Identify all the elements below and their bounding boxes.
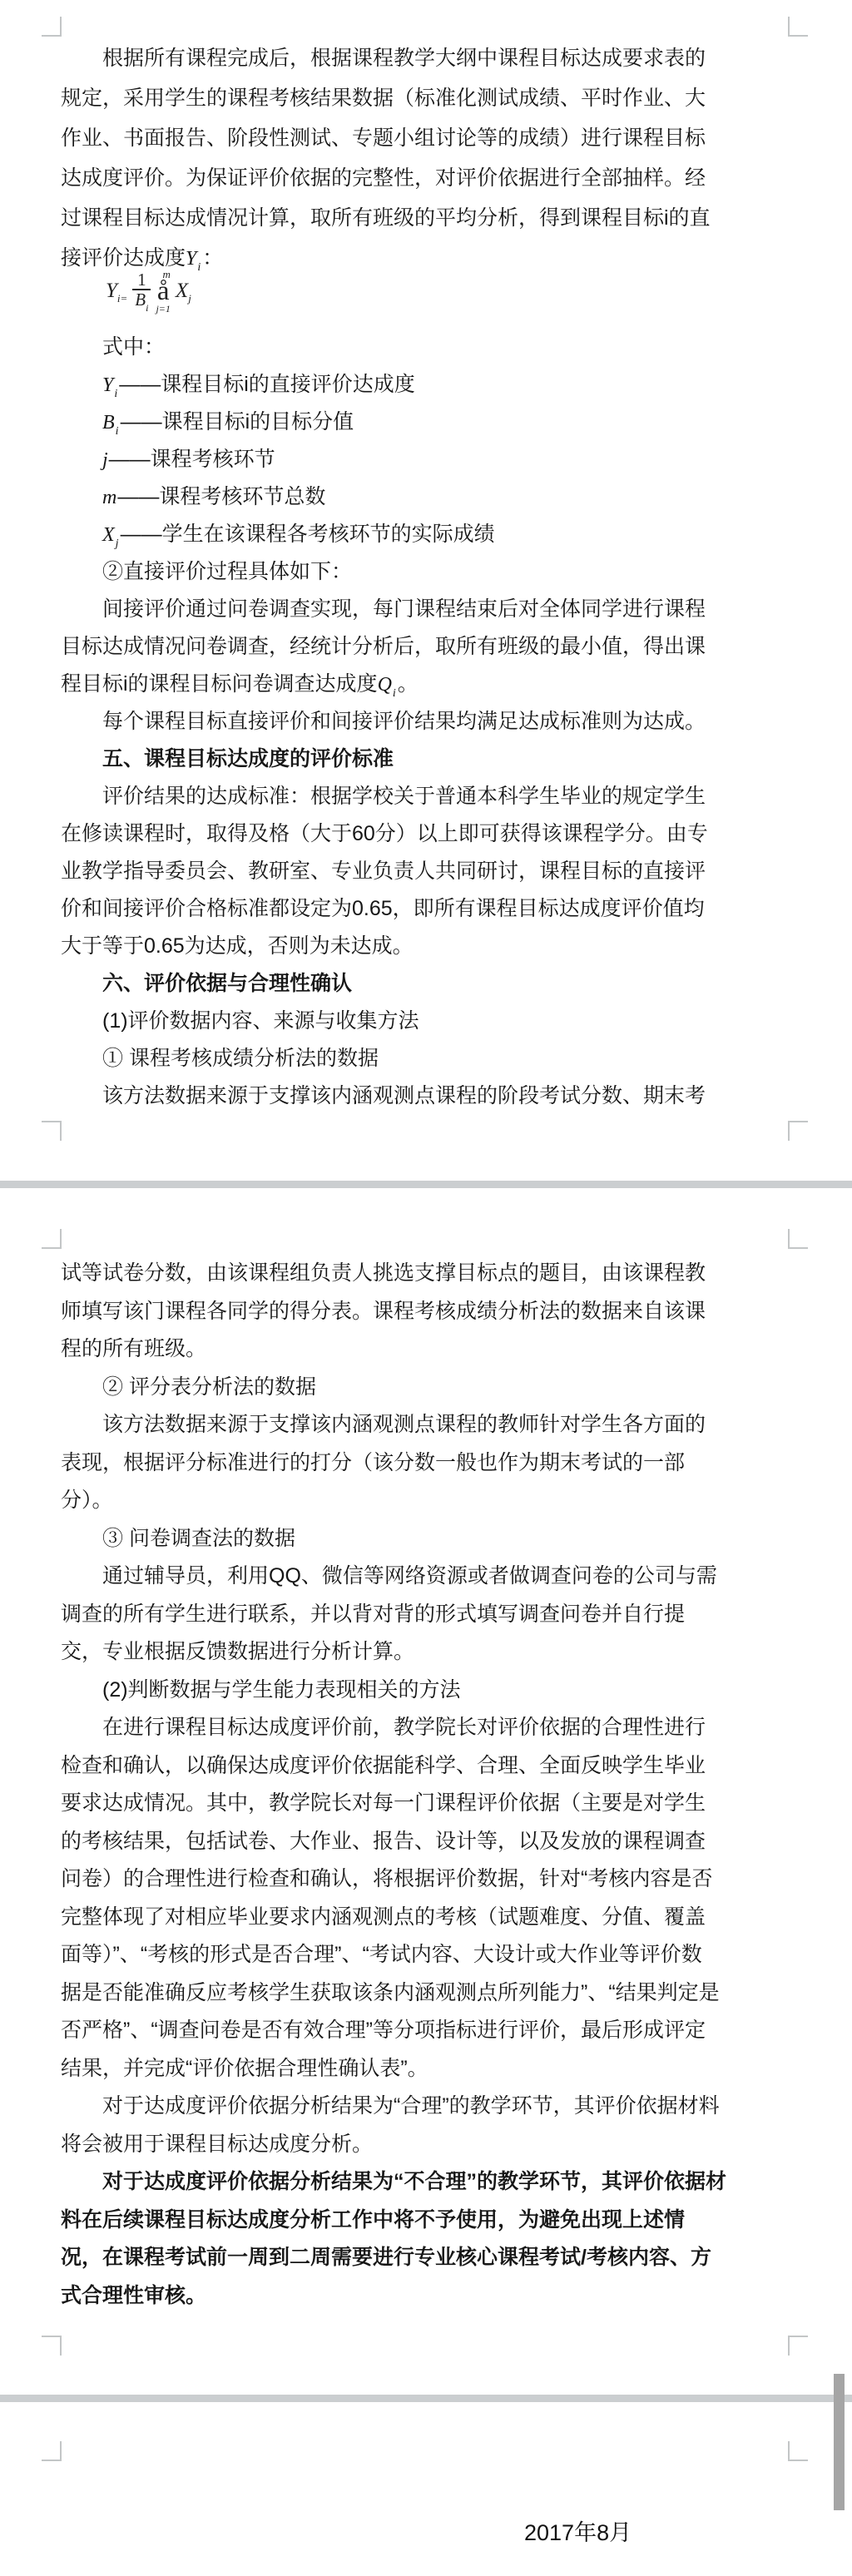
text-line: 调查的所有学生进行联系，并以背对背的形式填写调查问卷并自行提 bbox=[61, 1596, 792, 1634]
page-break-band bbox=[0, 1181, 852, 1188]
page-corner-mark bbox=[788, 1229, 808, 1249]
stack-p2: 试等试卷分数，由该课程组负责人挑选支撑目标点的题目，由该课程教师填写该门课程各同… bbox=[61, 1255, 792, 2315]
text-line: 间接评价通过问卷调查实现，每门课程结束后对全体同学进行课程 bbox=[61, 591, 792, 628]
text-line: ① 课程考核成绩分析法的数据 bbox=[61, 1040, 792, 1077]
text-line: 作业、书面报告、阶段性测试、专题小组讨论等的成绩）进行课程目标 bbox=[61, 118, 792, 158]
text-line: 式合理性审核。 bbox=[61, 2277, 792, 2316]
formula-sum: m å j=1 bbox=[156, 270, 170, 314]
text-line: 料在后续课程目标达成度分析工作中将不予使用，为避免出现上述情 bbox=[61, 2202, 792, 2240]
formula-rhs-subscript: j bbox=[188, 292, 191, 305]
text-line: 分）。 bbox=[61, 1482, 792, 1520]
text-line: 达成度评价。为保证评价依据的完整性，对评价依据进行全部抽样。经 bbox=[61, 158, 792, 198]
footer-date: 2017年8月 bbox=[524, 2514, 632, 2547]
text-line: 通过辅导员，利用QQ、微信等网络资源或者做调查问卷的公司与需 bbox=[61, 1558, 792, 1596]
text-line: 价和间接评价合格标准都设定为0.65，即所有课程目标达成度评价值均 bbox=[61, 890, 792, 928]
text-line: 况，在课程考试前一周到二周需要进行专业核心课程考试/考核内容、方 bbox=[61, 2239, 792, 2277]
text-line: 对于达成度评价依据分析结果为“不合理”的教学环节，其评价依据材 bbox=[61, 2163, 792, 2202]
text-line: 检查和确认，以确保达成度评价依据能科学、合理、全面反映学生毕业 bbox=[61, 1747, 792, 1786]
formula-lhs-subscript: i= bbox=[117, 292, 127, 305]
text-line: 据是否能准确反应考核学生获取该条内涵观测点所列能力”、“结果判定是 bbox=[61, 1974, 792, 2013]
text-line: 式中： bbox=[61, 329, 792, 366]
text-line: 面等）”、“考核的形式是否合理”、“考试内容、大设计或大作业等评价数 bbox=[61, 1936, 792, 1974]
page-corner-mark bbox=[42, 2441, 62, 2461]
text-line: 程的所有班级。 bbox=[61, 1330, 792, 1369]
text-line: m——课程考核环节总数 bbox=[61, 478, 792, 516]
text-line: 目标达成情况问卷调查，经统计分析后，取所有班级的最小值，得出课 bbox=[61, 628, 792, 666]
page-corner-mark bbox=[788, 17, 808, 37]
text-line: ② 评分表分析法的数据 bbox=[61, 1369, 792, 1407]
formula-direct-evaluation: Yi= 1 Bi m å j=1 Xj bbox=[106, 265, 191, 317]
text-line: (2)判断数据与学生能力表现相关的方法 bbox=[61, 1672, 792, 1710]
document-viewport: { "formula": { "lhs": "Y", "lhs_sub": "i… bbox=[0, 0, 852, 2576]
formula-numerator: 1 bbox=[137, 271, 146, 289]
text-line: 该方法数据来源于支撑该内涵观测点课程的阶段考试分数、期末考 bbox=[61, 1077, 792, 1115]
text-line: 结果，并完成“评价依据合理性确认表”。 bbox=[61, 2050, 792, 2088]
text-line: Xj——学生在该课程各考核环节的实际成绩 bbox=[61, 516, 792, 553]
page-corner-mark bbox=[42, 1121, 62, 1141]
text-line: 评价结果的达成标准：根据学校关于普通本科学生毕业的规定学生 bbox=[61, 778, 792, 815]
text-line: (1)评价数据内容、来源与收集方法 bbox=[61, 1003, 792, 1040]
formula-rhs: X bbox=[176, 280, 188, 303]
text-line: 对于达成度评价依据分析结果为“合理”的教学环节，其评价依据材料 bbox=[61, 2088, 792, 2126]
text-line: 程目标i的课程目标问卷调查达成度Qi。 bbox=[61, 666, 792, 703]
page-corner-mark bbox=[42, 1229, 62, 1249]
page-corner-mark bbox=[42, 17, 62, 37]
text-line: j——课程考核环节 bbox=[61, 441, 792, 478]
text-line: 每个课程目标直接评价和间接评价结果均满足达成标准则为达成。 bbox=[61, 703, 792, 741]
scrollbar-thumb[interactable] bbox=[834, 2374, 845, 2510]
text-line: 在修读课程时，取得及格（大于60分）以上即可获得该课程学分。由专 bbox=[61, 815, 792, 853]
text-line: 根据所有课程完成后，根据课程教学大纲中课程目标达成要求表的 bbox=[61, 38, 792, 78]
stack-p1-top: 根据所有课程完成后，根据课程教学大纲中课程目标达成要求表的规定，采用学生的课程考… bbox=[61, 38, 792, 278]
text-line: 表现，根据评分标准进行的打分（该分数一般也作为期末考试的一部 bbox=[61, 1444, 792, 1483]
text-line: ②直接评价过程具体如下： bbox=[61, 553, 792, 591]
text-line: 大于等于0.65为达成，否则为未达成。 bbox=[61, 928, 792, 965]
page-corner-mark bbox=[788, 2336, 808, 2356]
page-3 bbox=[0, 2402, 852, 2576]
formula-fraction: 1 Bi bbox=[132, 271, 151, 312]
formula-sum-lower: j=1 bbox=[156, 304, 170, 314]
text-line: 否严格”、“调查问卷是否有效合理”等分项指标进行评价，最后形成评定 bbox=[61, 2012, 792, 2050]
page-corner-mark bbox=[788, 1121, 808, 1141]
text-line: 完整体现了对相应毕业要求内涵观测点的考核（试题难度、分值、覆盖 bbox=[61, 1899, 792, 1937]
text-line: 业教学指导委员会、教研室、专业负责人共同研讨，课程目标的直接评 bbox=[61, 853, 792, 890]
text-line: 师填写该门课程各同学的得分表。课程考核成绩分析法的数据来自该课 bbox=[61, 1293, 792, 1331]
text-line: 六、评价依据与合理性确认 bbox=[61, 965, 792, 1003]
stack-p1-bottom: 式中：Yi——课程目标i的直接评价达成度Bi——课程目标i的目标分值j——课程考… bbox=[61, 329, 792, 1115]
text-line: 试等试卷分数，由该课程组负责人挑选支撑目标点的题目，由该课程教 bbox=[61, 1255, 792, 1293]
page-break-band bbox=[0, 2395, 852, 2402]
text-line: 将会被用于课程目标达成度分析。 bbox=[61, 2126, 792, 2164]
text-line: 在进行课程目标达成度评价前，教学院长对评价依据的合理性进行 bbox=[61, 1709, 792, 1747]
text-line: 五、课程目标达成度的评价标准 bbox=[61, 741, 792, 778]
formula-lhs: Y bbox=[106, 280, 117, 303]
text-line: 过课程目标达成情况计算，取所有班级的平均分析，得到课程目标i的直 bbox=[61, 198, 792, 238]
text-line: 的考核结果，包括试卷、大作业、报告、设计等，以及发放的课程调查 bbox=[61, 1823, 792, 1861]
page-corner-mark bbox=[788, 2441, 808, 2461]
sum-symbol: å bbox=[157, 279, 170, 304]
text-line: 规定，采用学生的课程考核结果数据（标准化测试成绩、平时作业、大 bbox=[61, 78, 792, 118]
text-line: 该方法数据来源于支撑该内涵观测点课程的教师针对学生各方面的 bbox=[61, 1406, 792, 1444]
text-line: Yi——课程目标i的直接评价达成度 bbox=[61, 366, 792, 404]
text-line: Bi——课程目标i的目标分值 bbox=[61, 404, 792, 441]
text-line: ③ 问卷调查法的数据 bbox=[61, 1520, 792, 1558]
formula-denominator: Bi bbox=[132, 289, 151, 312]
page-corner-mark bbox=[42, 2336, 62, 2356]
text-line: 交，专业根据反馈数据进行分析计算。 bbox=[61, 1633, 792, 1672]
text-line: 问卷）的合理性进行检查和确认，将根据评价数据，针对“考核内容是否 bbox=[61, 1860, 792, 1899]
text-line: 要求达成情况。其中，教学院长对每一门课程评价依据（主要是对学生 bbox=[61, 1785, 792, 1823]
